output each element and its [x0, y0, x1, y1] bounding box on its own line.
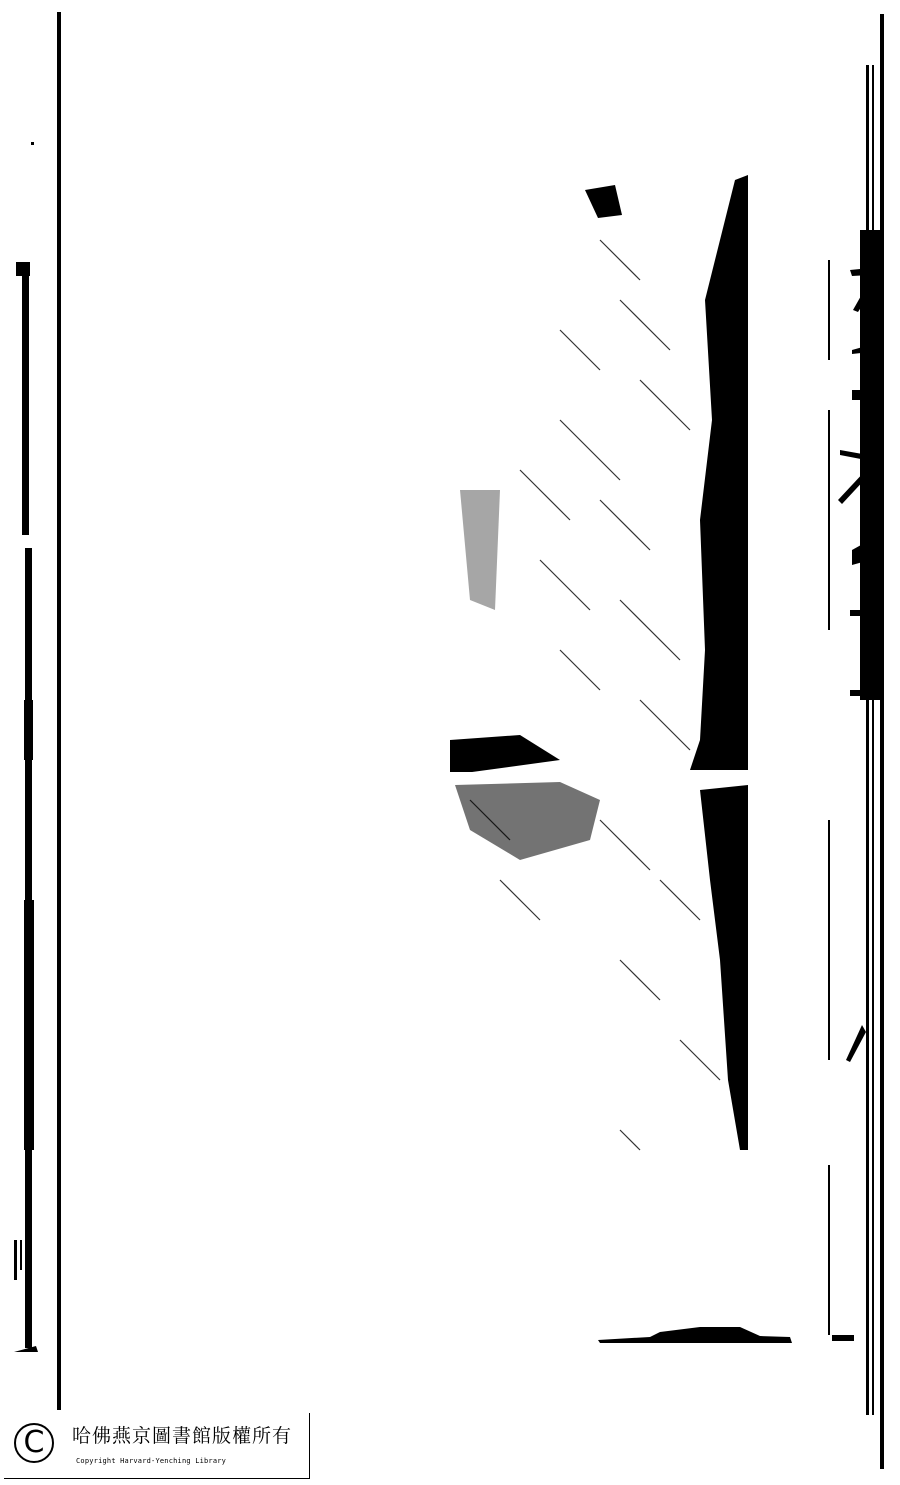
page-scan: [0, 0, 900, 1485]
scan-noise: [470, 240, 720, 1150]
left-margin-rules: [14, 12, 61, 1410]
copyright-watermark: C 哈佛燕京圖書館版權所有 Copyright Harvard-Yenching…: [4, 1413, 310, 1479]
page-gap: [450, 772, 750, 780]
fold-shadow: [450, 175, 792, 1343]
watermark-english: Copyright Harvard-Yenching Library: [76, 1457, 226, 1465]
right-margin-rules: [828, 14, 884, 1469]
watermark-chinese: 哈佛燕京圖書館版權所有: [72, 1421, 292, 1448]
copyright-icon: C: [14, 1423, 54, 1463]
